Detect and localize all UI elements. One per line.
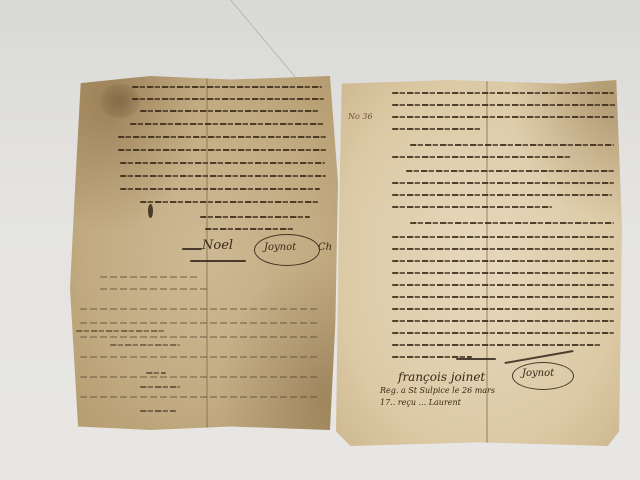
handwriting-line: [392, 248, 614, 250]
handwriting-line: [406, 170, 614, 172]
handwriting-line: [392, 272, 614, 274]
handwriting-line: [110, 344, 180, 346]
handwriting-line: [140, 201, 320, 203]
registration-note-line2: 17.. reçu ... Laurent: [380, 398, 461, 407]
handwriting-line: [410, 144, 614, 146]
seal-impression-icon: [100, 84, 140, 118]
handwriting-line: [130, 123, 325, 125]
handwriting-line: [392, 104, 616, 106]
handwriting-line: [392, 296, 614, 298]
handwriting-line: [392, 320, 614, 322]
handwriting-line: [140, 410, 176, 412]
signature-francois-joinet: françois joinet: [398, 370, 485, 384]
handwriting-line: [118, 149, 328, 151]
faded-line: [100, 288, 210, 290]
registration-note-line1: Reg. a St Sulpice le 26 mars: [380, 386, 495, 395]
handwriting-line: [392, 182, 614, 184]
faded-line: [80, 356, 320, 358]
handwriting-line: [392, 116, 614, 118]
signature-noel: Noel: [202, 238, 233, 253]
manuscript-page-left: Noel Joynot Ch: [70, 76, 338, 430]
handwriting-line: [392, 156, 572, 158]
margin-number: No 36: [348, 112, 373, 121]
faded-line: [80, 376, 320, 378]
photo-scene: Noel Joynot Ch No 36: [0, 0, 640, 480]
handwriting-line: [392, 308, 614, 310]
handwriting-line: [205, 228, 295, 230]
handwriting-line: [392, 128, 482, 130]
manuscript-page-right: No 36 françois joinet Joynot Reg. a St S…: [336, 80, 622, 446]
ink-blot: [148, 204, 153, 218]
handwriting-line: [392, 206, 552, 208]
signature-suffix: Ch: [318, 242, 332, 253]
handwriting-line: [120, 175, 326, 177]
handwriting-line: [200, 216, 310, 218]
handwriting-line: [118, 136, 326, 138]
faded-line: [80, 322, 320, 324]
signature-flourish: [182, 248, 202, 250]
handwriting-line: [410, 222, 614, 224]
handwriting-line: [392, 236, 614, 238]
signature-flourish: [190, 260, 246, 262]
handwriting-line: [146, 372, 166, 374]
signature-joynot-right: Joynot: [522, 368, 554, 379]
faded-line: [80, 396, 320, 398]
handwriting-line: [140, 386, 180, 388]
handwriting-line: [132, 98, 324, 100]
handwriting-line: [140, 110, 320, 112]
handwriting-line: [392, 284, 614, 286]
handwriting-line: [76, 330, 166, 332]
faded-line: [80, 336, 320, 338]
underline-flourish: [456, 358, 496, 360]
handwriting-line: [120, 188, 320, 190]
handwriting-line: [392, 92, 614, 94]
handwriting-line: [392, 344, 602, 346]
handwriting-line: [132, 86, 322, 88]
signature-joynot: Joynot: [264, 242, 296, 253]
faded-line: [80, 308, 320, 310]
handwriting-line: [392, 332, 614, 334]
handwriting-line: [120, 162, 325, 164]
background-scratch: [230, 0, 301, 84]
handwriting-line: [392, 194, 612, 196]
handwriting-line: [392, 260, 614, 262]
faded-line: [100, 276, 200, 278]
